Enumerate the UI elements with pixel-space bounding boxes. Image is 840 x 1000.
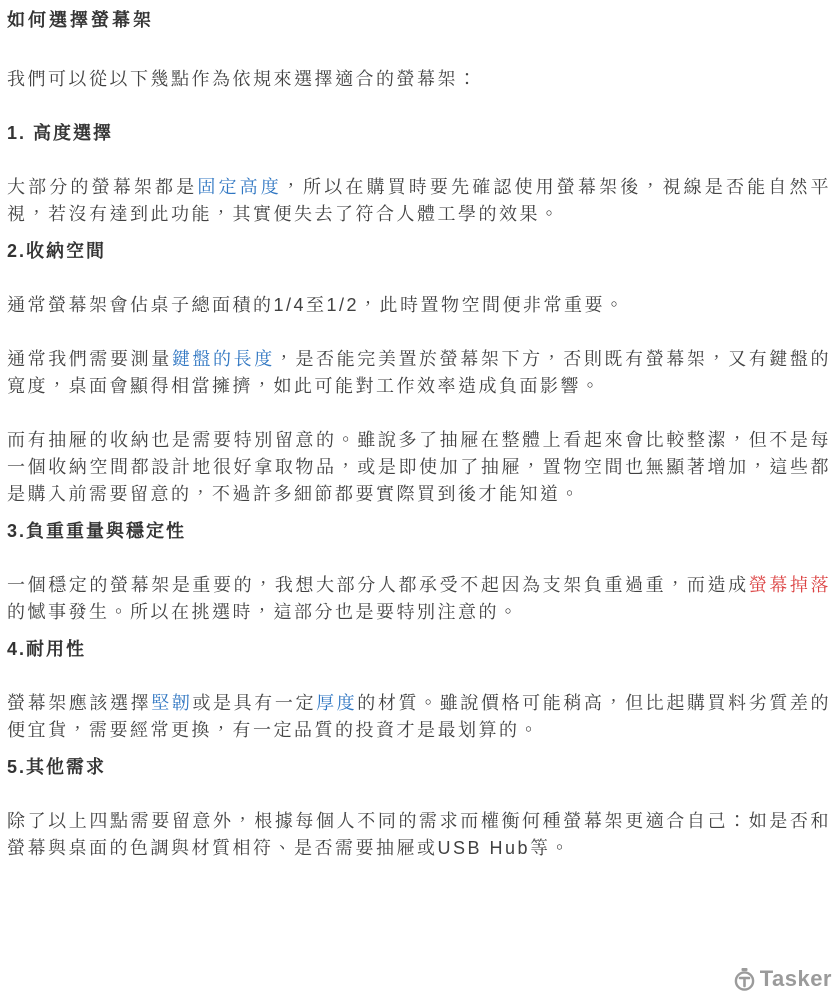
text-run: 或是具有一定: [192, 693, 316, 713]
inline-link[interactable]: 固定高度: [197, 177, 282, 197]
section-height-choice: 1. 高度選擇 大部分的螢幕架都是固定高度，所以在購買時要先確認使用螢幕架後，視…: [7, 120, 831, 228]
section-heading-height: 1. 高度選擇: [7, 120, 831, 147]
text-run: 除了以上四點需要留意外，根據每個人不同的需求而權衡何種螢幕架更適合自己：如是否和…: [7, 811, 831, 858]
text-run: 的憾事發生。所以在挑選時，這部分也是要特別注意的。: [7, 602, 520, 622]
paragraph: 通常我們需要測量鍵盤的長度，是否能完美置於螢幕架下方，否則既有螢幕架，又有鍵盤的…: [7, 346, 831, 400]
text-run: 通常我們需要測量: [7, 349, 172, 369]
paragraph: 通常螢幕架會佔桌子總面積的1/4至1/2，此時置物空間便非常重要。: [7, 292, 831, 319]
paragraph: 螢幕架應該選擇堅韌或是具有一定厚度的材質。雖說價格可能稍高，但比起購買料劣質差的…: [7, 690, 831, 744]
danger-text: 螢幕掉落: [749, 575, 831, 595]
page-title: 如何選擇螢幕架: [7, 8, 831, 32]
text-run: 而有抽屜的收納也是需要特別留意的。雖說多了抽屜在整體上看起來會比較整潔，但不是每…: [7, 430, 831, 504]
tasker-logo-icon: [732, 967, 757, 992]
text-run: 螢幕架應該選擇: [7, 693, 151, 713]
paragraph: 除了以上四點需要留意外，根據每個人不同的需求而權衡何種螢幕架更適合自己：如是否和…: [7, 808, 831, 862]
watermark: Tasker: [732, 966, 832, 992]
intro-paragraph: 我們可以從以下幾點作為依規來選擇適合的螢幕架：: [7, 66, 831, 93]
paragraph: 一個穩定的螢幕架是重要的，我想大部分人都承受不起因為支架負重過重，而造成螢幕掉落…: [7, 572, 831, 626]
article: 如何選擇螢幕架 我們可以從以下幾點作為依規來選擇適合的螢幕架： 1. 高度選擇 …: [0, 0, 840, 862]
section-heading-durability: 4.耐用性: [7, 636, 831, 663]
text-run: 一個穩定的螢幕架是重要的，我想大部分人都承受不起因為支架負重過重，而造成: [7, 575, 749, 595]
section-durability: 4.耐用性 螢幕架應該選擇堅韌或是具有一定厚度的材質。雖說價格可能稍高，但比起購…: [7, 636, 831, 744]
section-load-stability: 3.負重重量與穩定性 一個穩定的螢幕架是重要的，我想大部分人都承受不起因為支架負…: [7, 518, 831, 626]
section-storage-space: 2.收納空間 通常螢幕架會佔桌子總面積的1/4至1/2，此時置物空間便非常重要。…: [7, 238, 831, 508]
section-heading-storage: 2.收納空間: [7, 238, 831, 265]
text-run: 通常螢幕架會佔桌子總面積的1/4至1/2，此時置物空間便非常重要。: [7, 295, 626, 315]
section-other-needs: 5.其他需求 除了以上四點需要留意外，根據每個人不同的需求而權衡何種螢幕架更適合…: [7, 754, 831, 862]
paragraph: 大部分的螢幕架都是固定高度，所以在購買時要先確認使用螢幕架後，視線是否能自然平視…: [7, 174, 831, 228]
watermark-brand: Tasker: [760, 966, 832, 992]
section-heading-load-stability: 3.負重重量與穩定性: [7, 518, 831, 545]
paragraph: 而有抽屜的收納也是需要特別留意的。雖說多了抽屜在整體上看起來會比較整潔，但不是每…: [7, 427, 831, 508]
section-heading-other-needs: 5.其他需求: [7, 754, 831, 781]
inline-link[interactable]: 堅韌: [151, 693, 192, 713]
inline-link[interactable]: 厚度: [316, 693, 357, 713]
text-run: 大部分的螢幕架都是: [7, 177, 197, 197]
inline-link[interactable]: 鍵盤的長度: [172, 349, 275, 369]
